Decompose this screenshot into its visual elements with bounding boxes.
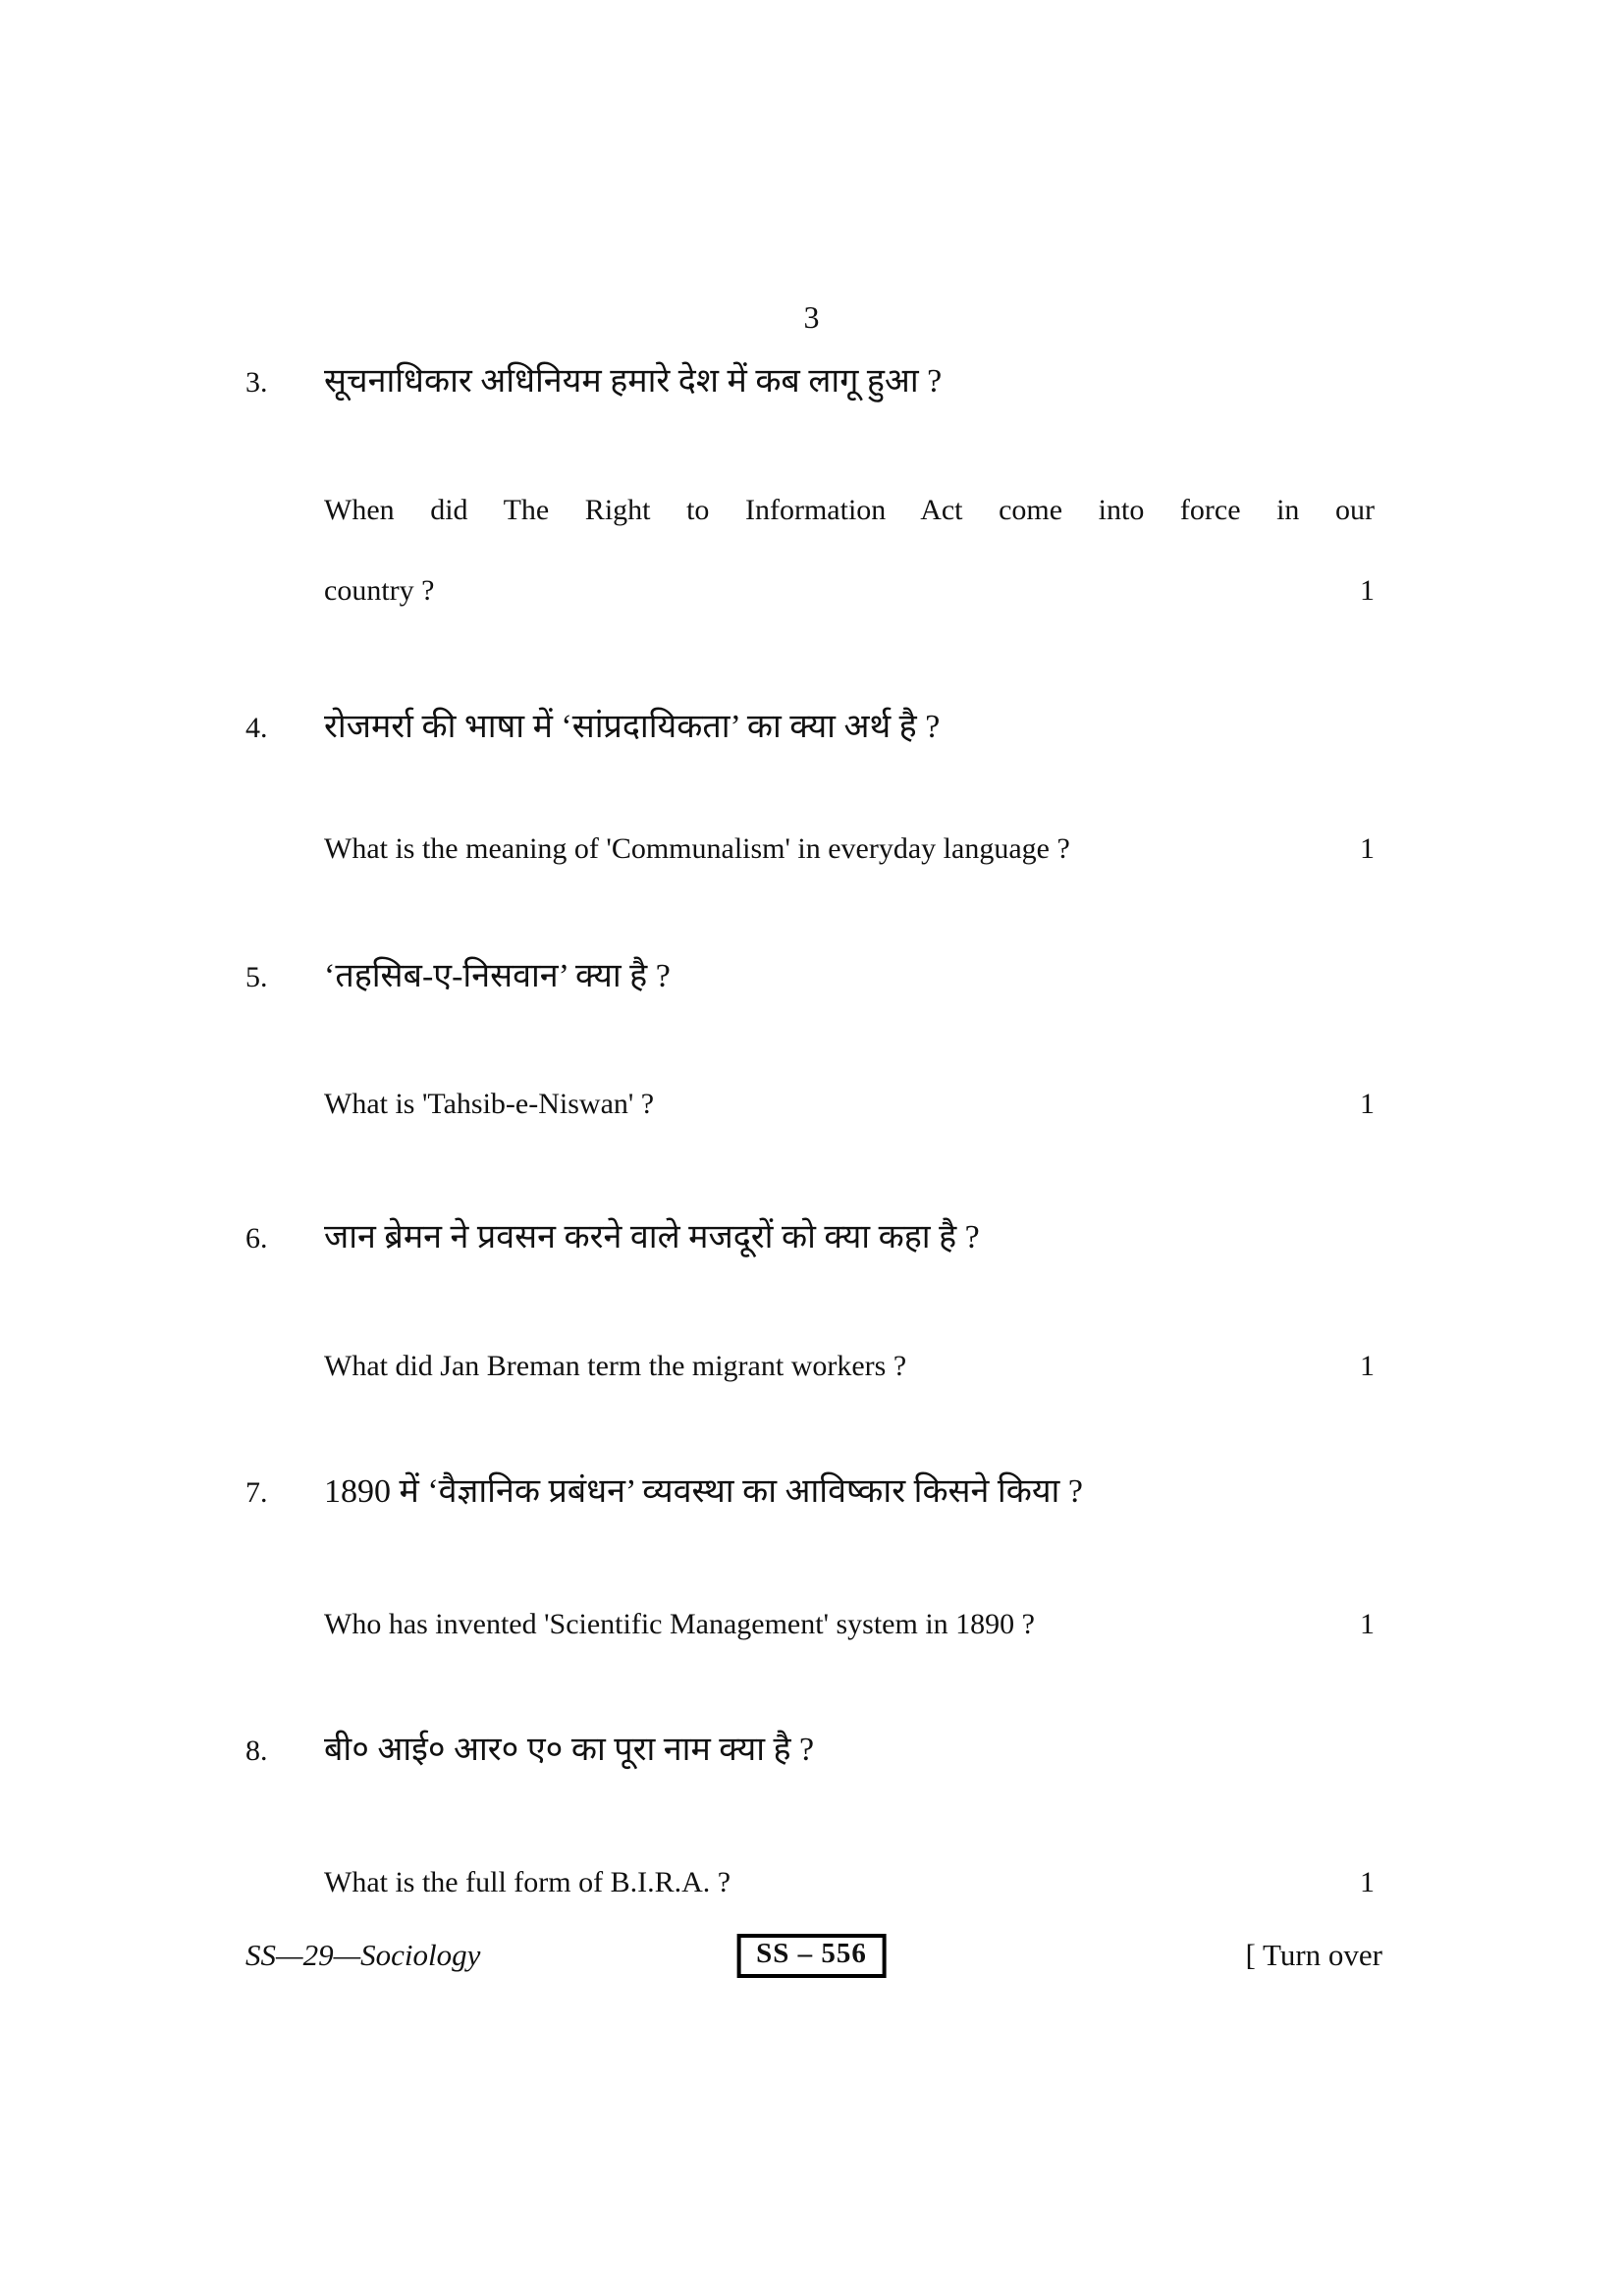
question-row-hindi: 5. ‘तहसिब-ए-निसवान’ क्या है ? xyxy=(245,954,1375,999)
question-number: 5. xyxy=(245,961,324,994)
footer-series-code-box: SS – 556 xyxy=(736,1934,887,1978)
question-number: 3. xyxy=(245,366,324,400)
question-text-hindi: 1890 में ‘वैज्ञानिक प्रबंधन’ व्यवस्था का… xyxy=(324,1469,1083,1515)
question-row-hindi: 8. बी० आई० आर० ए० का पूरा नाम क्या है ? xyxy=(245,1728,1375,1773)
page-footer: SS—29—Sociology SS – 556 [ Turn over xyxy=(0,1932,1623,1991)
marks-value: 1 xyxy=(1340,832,1375,866)
question-row-english: What did Jan Breman term the migrant wor… xyxy=(324,1347,1375,1386)
footer-paper-code: SS—29—Sociology xyxy=(245,1938,480,1973)
question-row-english: Who has invented 'Scientific Management'… xyxy=(324,1605,1375,1644)
question-row-english: What is 'Tahsib-e-Niswan' ? 1 xyxy=(324,1085,1375,1124)
question-text-hindi: जान ब्रेमन ने प्रवसन करने वाले मजदूरों क… xyxy=(324,1215,980,1260)
question-text-hindi: बी० आई० आर० ए० का पूरा नाम क्या है ? xyxy=(324,1728,814,1773)
question-text-hindi: ‘तहसिब-ए-निसवान’ क्या है ? xyxy=(324,954,671,999)
marks-value: 1 xyxy=(1340,1350,1375,1383)
question-text-english-line1: When did The Right to Information Act co… xyxy=(324,491,1375,530)
question-number: 7. xyxy=(245,1476,324,1510)
question-text-hindi: सूचनाधिकार अधिनियम हमारे देश में कब लागू… xyxy=(324,359,942,404)
question-text-english-line2: country ? xyxy=(324,571,434,611)
marks-value: 1 xyxy=(1340,1866,1375,1899)
marks-value: 1 xyxy=(1340,1088,1375,1121)
question-row-english: What is the full form of B.I.R.A. ? 1 xyxy=(324,1863,1375,1902)
question-number: 4. xyxy=(245,712,324,745)
footer-turn-over: [ Turn over xyxy=(1245,1938,1382,1973)
question-text-english: What is 'Tahsib-e-Niswan' ? xyxy=(324,1085,654,1124)
question-number: 8. xyxy=(245,1735,324,1768)
question-text-english: What is the meaning of 'Communalism' in … xyxy=(324,829,1070,869)
page-number: 3 xyxy=(0,299,1623,336)
question-row-hindi: 7. 1890 में ‘वैज्ञानिक प्रबंधन’ व्यवस्था… xyxy=(245,1469,1375,1515)
question-text-english: What did Jan Breman term the migrant wor… xyxy=(324,1347,906,1386)
exam-paper-page: 3 3. सूचनाधिकार अधिनियम हमारे देश में कब… xyxy=(0,0,1623,2296)
question-row-hindi: 6. जान ब्रेमन ने प्रवसन करने वाले मजदूरो… xyxy=(245,1215,1375,1260)
marks-value: 1 xyxy=(1340,574,1375,608)
question-text-english: Who has invented 'Scientific Management'… xyxy=(324,1605,1035,1644)
question-number: 6. xyxy=(245,1222,324,1255)
question-text-english: What is the full form of B.I.R.A. ? xyxy=(324,1863,730,1902)
question-row-hindi: 4. रोजमर्रा की भाषा में ‘सांप्रदायिकता’ … xyxy=(245,705,1375,750)
question-text-hindi: रोजमर्रा की भाषा में ‘सांप्रदायिकता’ का … xyxy=(324,705,940,750)
question-row-english: country ? 1 xyxy=(324,571,1375,611)
question-row-english: What is the meaning of 'Communalism' in … xyxy=(324,829,1375,869)
question-row-hindi: 3. सूचनाधिकार अधिनियम हमारे देश में कब ल… xyxy=(245,359,1375,404)
marks-value: 1 xyxy=(1340,1608,1375,1641)
